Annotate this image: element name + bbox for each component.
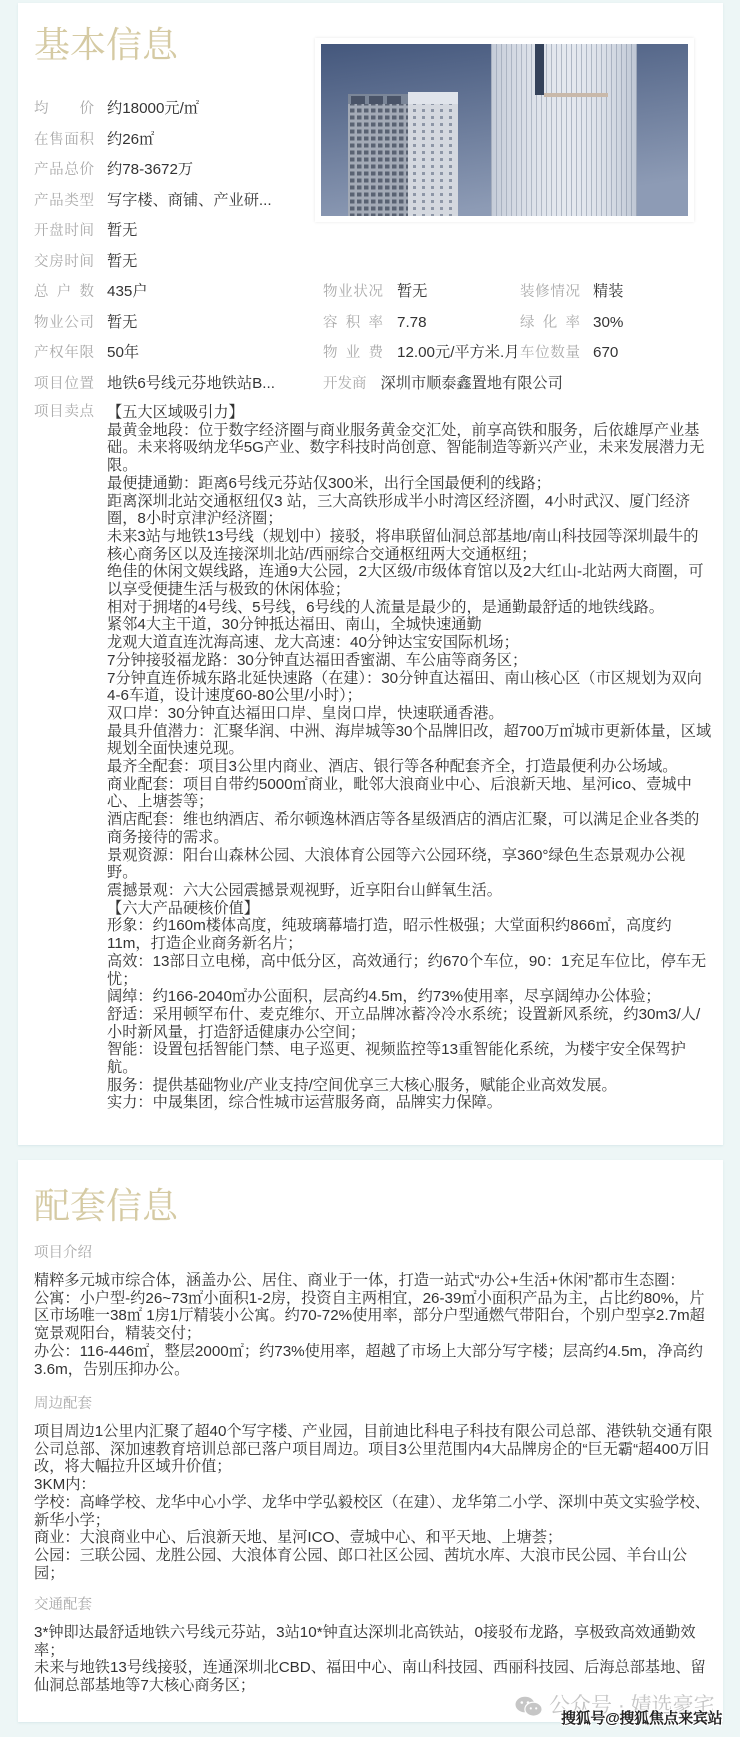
info-label: 总户数 (34, 283, 94, 301)
info-value: 12.00元/平方米.月 (397, 344, 519, 362)
section-heading: 周边配套 (34, 1395, 715, 1413)
selling-point-paragraph: 景观资源：阳台山森林公园、大浪体育公园等六公园环绕，享360°绿色生态景观办公视… (107, 847, 712, 882)
info-value: 暂无 (107, 222, 137, 240)
info-label: 物业费 (323, 344, 383, 362)
selling-points: 项目卖点 【五大区域吸引力】 最黄金地段：位于数字经济圈与商业服务黄金交汇处，前… (34, 404, 712, 1112)
info-label: 产品类型 (34, 192, 94, 210)
selling-point-paragraph: 商业配套：项目自带约5000㎡商业，毗邻大浪商业中心、后浪新天地、星河ico、壹… (107, 776, 712, 811)
selling-point-paragraph: 阔绰：约166-2040㎡办公面积，层高约4.5m，约73%使用率，尽享阔绰办公… (107, 988, 712, 1006)
section-paragraph: 办公：116-446㎡，整层2000㎡；约73%使用率，超越了市场上大部分写字楼… (34, 1343, 715, 1378)
info-value: 写字楼、商铺、产业研... (107, 192, 272, 210)
info-cell: 物业费 12.00元/平方米.月 (323, 344, 520, 362)
info-cell: 物业公司 暂无 (34, 314, 323, 332)
section-body: 3*钟即达最舒适地铁六号线元芬站，3站10*钟直达深圳北高铁站，0接驳布龙路，享… (34, 1624, 715, 1695)
info-label: 产品总价 (34, 161, 94, 179)
info-row-property-term: 产权年限 50年 物业费 12.00元/平方米.月 车位数量 670 (34, 338, 714, 369)
info-value: 深圳市顺泰鑫置地有限公司 (381, 375, 563, 393)
selling-point-paragraph: 智能：设置包括智能门禁、电子巡更、视频监控等13重智能化系统，为楼宇安全保驾护航… (107, 1041, 712, 1076)
info-value: 暂无 (107, 253, 137, 271)
basic-info-title: 基本信息 (34, 25, 178, 65)
info-label: 项目位置 (34, 375, 94, 393)
info-value: 670 (593, 344, 618, 362)
info-cell: 项目位置 地铁6号线元芬地铁站B... (34, 375, 323, 393)
selling-points-label: 项目卖点 (34, 404, 94, 422)
info-label: 物业状况 (323, 283, 383, 301)
info-value: 30% (593, 314, 623, 332)
info-label: 容积率 (323, 314, 383, 332)
info-row-households: 总户数 435户 物业状况 暂无 装修情况 精装 (34, 277, 714, 308)
info-cell: 在售面积 约26㎡ (34, 131, 323, 149)
basic-info-card: 基本信息 (18, 3, 723, 1145)
info-row-area-on-sale: 在售面积 约26㎡ (34, 125, 714, 156)
info-cell: 开盘时间 暂无 (34, 222, 323, 240)
selling-point-paragraph: 相对于拥堵的4号线、5号线，6号线的人流量是最少的，是通勤最舒适的地铁线路。 (107, 599, 712, 617)
info-row-average-price: 均价 约18000元/㎡ (34, 94, 714, 125)
info-label: 产权年限 (34, 344, 94, 362)
selling-point-paragraph: 未来3站与地铁13号线（规划中）接驳，将串联留仙洞总部基地/南山科技园等深圳最牛… (107, 528, 712, 563)
facilities-title: 配套信息 (34, 1186, 178, 1226)
selling-points-text: 【五大区域吸引力】 最黄金地段：位于数字经济圈与商业服务黄金交汇处，前享高铁和服… (107, 404, 712, 1112)
selling-point-paragraph: 最便捷通勤：距离6号线元芬站仅300米，出行全国最便利的线路； (107, 475, 712, 493)
info-value: 435户 (107, 283, 148, 301)
info-cell: 总户数 435户 (34, 283, 323, 301)
section-paragraph: 未来与地铁13号线接驳，连通深圳北CBD、福田中心、南山科技园、西丽科技园、后海… (34, 1659, 715, 1694)
section-paragraph: 3KM内： (34, 1476, 715, 1494)
basic-info-grid: 均价 约18000元/㎡ 在售面积 约26㎡ 产品总价 约78-3672万 产品… (34, 94, 714, 399)
info-cell: 均价 约18000元/㎡ (34, 100, 323, 118)
info-cell: 交房时间 暂无 (34, 253, 323, 271)
info-label: 车位数量 (520, 344, 580, 362)
section-paragraph: 公园：三联公园、龙胜公园、大浪体育公园、郎口社区公园、茜坑水库、大浪市民公园、羊… (34, 1547, 715, 1582)
info-cell: 物业状况 暂无 (323, 283, 520, 301)
info-cell: 产品总价 约78-3672万 (34, 161, 323, 179)
section-heading: 项目介绍 (34, 1244, 715, 1262)
selling-point-paragraph: 形象：约160m楼体高度，纯玻璃幕墙打造，昭示性极强；大堂面积约866㎡，高度约… (107, 917, 712, 952)
info-value: 精装 (593, 283, 623, 301)
info-row-product-type: 产品类型 写字楼、商铺、产业研... (34, 186, 714, 217)
facilities-card: 配套信息 项目介绍 精粹多元城市综合体，涵盖办公、居住、商业于一体，打造一站式“… (18, 1160, 723, 1722)
sohu-watermark: 搜狐号@搜狐焦点来宾站 (561, 1711, 722, 1727)
section-paragraph: 学校：高峰学校、龙华中心小学、龙华中学弘毅校区（在建）、龙华第二小学、深圳中英文… (34, 1494, 715, 1529)
section-paragraph: 精粹多元城市综合体，涵盖办公、居住、商业于一体，打造一站式“办公+生活+休闲”都… (34, 1272, 715, 1290)
info-value: 暂无 (107, 314, 137, 332)
info-label: 在售面积 (34, 131, 94, 149)
selling-point-paragraph: 最黄金地段：位于数字经济圈与商业服务黄金交汇处，前享高铁和服务，后依雄厚产业基础… (107, 422, 712, 475)
selling-point-paragraph: 紧邻4大主干道，30分钟抵达福田、南山，全城快速通勤 (107, 616, 712, 634)
selling-point-paragraph: 实力：中晟集团，综合性城市运营服务商，品牌实力保障。 (107, 1094, 712, 1112)
selling-point-paragraph: 距离深圳北站交通枢纽仅3 站，三大高铁形成半小时湾区经济圈，4小时武汉、厦门经济… (107, 493, 712, 528)
info-label: 装修情况 (520, 283, 580, 301)
section-paragraph: 商业：大浪商业中心、后浪新天地、星河ICO、壹城中心、和平天地、上塘荟； (34, 1529, 715, 1547)
info-label: 绿化率 (520, 314, 580, 332)
info-cell: 容积率 7.78 (323, 314, 520, 332)
section-paragraph: 3*钟即达最舒适地铁六号线元芬站，3站10*钟直达深圳北高铁站，0接驳布龙路，享… (34, 1624, 715, 1659)
section-transport: 交通配套 3*钟即达最舒适地铁六号线元芬站，3站10*钟直达深圳北高铁站，0接驳… (34, 1596, 715, 1695)
info-cell: 绿化率 30% (520, 314, 623, 332)
selling-point-paragraph: 最具升值潜力：汇聚华润、中洲、海岸城等30个品牌旧改，超700万㎡城市更新体量，… (107, 723, 712, 758)
selling-point-paragraph: 7分钟接驳福龙路：30分钟直达福田香蜜湖、车公庙等商务区； (107, 652, 712, 670)
selling-point-paragraph: 震撼景观：六大公园震撼景观视野，近享阳台山鲜氧生活。 (107, 882, 712, 900)
info-label: 交房时间 (34, 253, 94, 271)
selling-point-paragraph: 最齐全配套：项目3公里内商业、酒店、银行等各种配套齐全，打造最便利办公场域。 (107, 758, 712, 776)
section-paragraph: 公寓：小户型-约26~73㎡小面积1-2房，投资自主两相宜，26-39㎡小面积产… (34, 1290, 715, 1343)
wechat-icon (515, 1696, 543, 1717)
info-row-location: 项目位置 地铁6号线元芬地铁站B... 开发商 深圳市顺泰鑫置地有限公司 (34, 369, 714, 400)
selling-point-paragraph: 7分钟直连侨城东路北延快速路（在建）：30分钟直达福田、南山核心区（市区规划为双… (107, 670, 712, 705)
info-row-delivery-date: 交房时间 暂无 (34, 247, 714, 278)
info-value: 约18000元/㎡ (107, 100, 199, 118)
info-label: 开发商 (323, 375, 367, 393)
selling-point-heading: 【五大区域吸引力】 (107, 404, 712, 422)
info-value: 约78-3672万 (107, 161, 193, 179)
selling-point-paragraph: 酒店配套：维也纳酒店、希尔顿逸林酒店等各星级酒店的酒店汇聚，可以满足企业各类的商… (107, 811, 712, 846)
section-paragraph: 项目周边1公里内汇聚了超40个写字楼、产业园，目前迪比科电子科技有限公司总部、港… (34, 1423, 715, 1476)
selling-point-paragraph: 服务：提供基础物业/产业支持/空间优享三大核心服务，赋能企业高效发展。 (107, 1077, 712, 1095)
section-project-intro: 项目介绍 精粹多元城市综合体，涵盖办公、居住、商业于一体，打造一站式“办公+生活… (34, 1244, 715, 1378)
section-body: 项目周边1公里内汇聚了超40个写字楼、产业园，目前迪比科电子科技有限公司总部、港… (34, 1423, 715, 1582)
info-cell: 产权年限 50年 (34, 344, 323, 362)
info-label: 均价 (34, 100, 94, 118)
info-value: 暂无 (397, 283, 427, 301)
selling-point-paragraph: 高效：13部日立电梯，高中低分区，高效通行；约670个车位，90：1充足车位比，… (107, 953, 712, 988)
info-cell: 装修情况 精装 (520, 283, 623, 301)
selling-point-paragraph: 龙观大道直连沈海高速、龙大高速：40分钟达宝安国际机场； (107, 634, 712, 652)
section-surroundings: 周边配套 项目周边1公里内汇聚了超40个写字楼、产业园，目前迪比科电子科技有限公… (34, 1395, 715, 1582)
info-label: 物业公司 (34, 314, 94, 332)
info-label: 开盘时间 (34, 222, 94, 240)
section-body: 精粹多元城市综合体，涵盖办公、居住、商业于一体，打造一站式“办公+生活+休闲”都… (34, 1272, 715, 1378)
info-value: 7.78 (397, 314, 427, 332)
selling-point-paragraph: 舒适：采用顿罕布什、麦克维尔、开立品牌冰蓄冷冷水系统；设置新风系统，约30m3/… (107, 1006, 712, 1041)
info-cell: 开发商 深圳市顺泰鑫置地有限公司 (323, 375, 520, 393)
selling-point-paragraph: 绝佳的休闲文娱线路，连通9大公园，2大区级/市级体育馆以及2大红山-北站两大商圈… (107, 563, 712, 598)
info-cell: 车位数量 670 (520, 344, 618, 362)
section-heading: 交通配套 (34, 1596, 715, 1614)
info-value: 地铁6号线元芬地铁站B... (107, 375, 275, 393)
info-row-opening-date: 开盘时间 暂无 (34, 216, 714, 247)
info-value: 约26㎡ (107, 131, 154, 149)
selling-point-heading: 【六大产品硬核价值】 (107, 900, 712, 918)
info-row-property-company: 物业公司 暂无 容积率 7.78 绿化率 30% (34, 308, 714, 339)
info-row-total-price: 产品总价 约78-3672万 (34, 155, 714, 186)
info-value: 50年 (107, 344, 139, 362)
info-cell: 产品类型 写字楼、商铺、产业研... (34, 192, 323, 210)
selling-point-paragraph: 双口岸：30分钟直达福田口岸、皇岗口岸，快速联通香港。 (107, 705, 712, 723)
